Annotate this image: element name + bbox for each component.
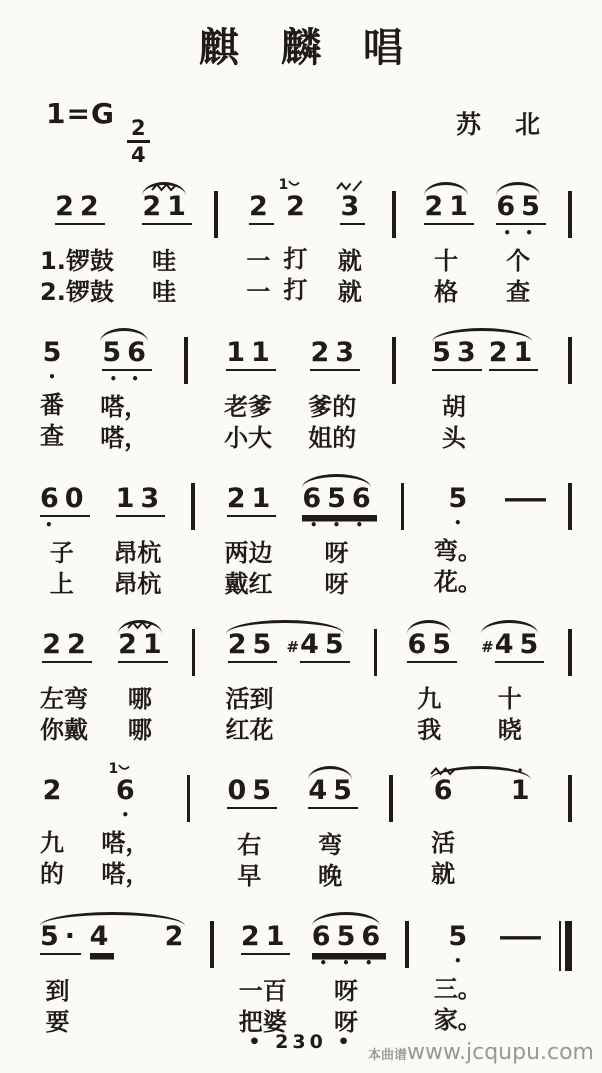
note-digits: 11 [226,338,270,371]
note-cell: 21十格 [424,171,468,308]
measure-group: #45十晓 [481,609,538,746]
note-number: 2 [286,192,311,223]
note-cell: 2一一 [246,171,270,308]
note-digits: 5 [43,338,62,369]
music-system: 221.锣鼓2.锣鼓21哇哇2一一12打打3就就21十格65••个查 [40,171,572,308]
barline [187,775,191,822]
measure-group: 53胡头21 [432,317,532,454]
note-cell: 21哇哇 [142,171,186,308]
lyric-line-2: 哇 [152,277,176,308]
music-system: 60•子上13昂杭昂杭21两边戴红656•••呀呀5•弯。花。— [40,463,572,600]
note-number: 21 [142,192,192,225]
barline [392,337,396,384]
note-number: 11 [226,338,276,371]
measure-group: 25活到红花#45 [226,609,344,746]
octave-dot-row: • [43,369,62,383]
octave-dot-row: • [40,517,84,531]
note-number: 65 [496,192,546,225]
octave-dot-row [424,225,468,239]
octave-dot-row [241,955,285,969]
barline [392,191,396,238]
barline-thin [559,921,562,971]
note-digits: 22 [55,192,99,225]
note-cell: 05右早 [227,755,271,892]
lyric-line-1: 到 [46,976,70,1007]
measure-group: 3就就 [336,171,364,308]
octave-dot-row [432,371,476,385]
note-wrap: — [507,922,534,967]
octave-dot-row [481,663,538,677]
note-wrap: 65•• [496,192,540,239]
measure-group: 6活就1• [430,755,531,890]
measure-group: 56••嗒，嗒， [100,317,148,454]
octave-dot: • [454,518,462,529]
note-cell: #45 [287,609,344,746]
octave-dot-row [227,517,271,531]
lyric-line-2: 早 [237,861,261,892]
note-cell: 65九我 [407,609,451,746]
lyric-line-2: 晚 [318,861,342,892]
note-cell: 21哪哪 [118,609,162,746]
song-title: 麒麟唱 [0,16,602,73]
lyric-line-1: 弯。 [434,536,482,567]
note-digits: 60 [40,484,84,517]
note-digits: 2 [286,192,305,223]
barline [568,337,572,384]
note-cell: 13昂杭昂杭 [113,463,161,600]
note-number: 60 [40,484,90,517]
octave-dot-row [90,955,109,969]
note-number: 05 [227,776,277,809]
barline [401,483,405,530]
note-wrap: 45 [308,776,352,823]
barline [210,921,214,968]
note-cell: 56••嗒，嗒， [100,317,148,454]
lyric-line-1: 个 [506,246,530,277]
lyric-line-1: 就 [338,246,362,277]
music-system: 5•番查56••嗒，嗒，11老爹小大23爹的姐的53胡头21 [40,317,572,454]
octave-dot-row [340,225,359,239]
octave-dot: • [503,228,511,239]
measure-group: 16•嗒，嗒， [101,755,149,890]
note-wrap: 21 [142,192,186,239]
note-wrap: 65 [407,630,451,677]
octave-dot-row [489,371,533,385]
barline [568,629,572,676]
note-cell: 221.锣鼓2.锣鼓 [40,171,114,308]
time-signature: 24 [127,117,150,166]
lyric-line-2: 查 [40,421,64,452]
note-digits: 05 [227,776,271,809]
measure-group: 45弯晚 [308,755,352,892]
octave-dot-row [310,371,354,385]
music-system: 22左弯你戴21哪哪25活到红花#4565九我#45十晓 [40,609,572,746]
note-number: 23 [310,338,360,371]
barline [389,775,393,822]
measure-group: — [507,901,534,1036]
lyric-line-1: 右 [237,830,261,861]
music-system: 5·到要4221一百把婆656•••呀呀5•三。家。— [40,901,572,1038]
measure-group: 21哇哇 [142,171,186,308]
barline [568,191,572,238]
note-wrap: 56•• [102,338,146,385]
octave-dot-row [226,371,270,385]
barline [214,191,218,238]
note-wrap: 5· [40,922,75,969]
note-number: 56 [102,338,152,371]
note-wrap: 656••• [312,922,380,969]
octave-dot: • [109,374,117,385]
measure-group: 5•三。家。 [434,901,482,1036]
note-digits: 6 [116,776,135,807]
measure-group: 05右早 [227,755,271,892]
sharp-sign: # [481,638,494,656]
lyric-line-2: 姐的 [308,423,356,454]
measure-group: 11老爹小大 [224,317,272,454]
lyric-line-2: 打 [283,275,307,306]
ornament-row [336,171,364,192]
note-wrap: 2 [43,776,62,821]
note-cell: 656•••呀呀 [302,463,370,600]
note-digits: 25 [228,630,272,663]
octave-dot-row: • [116,807,135,821]
note-number: 21 [489,338,539,371]
note-digits: 65 [496,192,540,225]
note-digits: 656 [312,922,380,955]
lyric-line-2: 格 [434,277,458,308]
note-wrap: 3 [340,192,359,239]
note-digits: 3 [340,192,359,225]
note-wrap: 1• [511,776,530,821]
time-signature-numerator: 2 [127,117,150,143]
note-cell: — [507,901,534,1036]
lyric-line-1: 活 [431,828,455,859]
lyric-line-2: 上 [50,569,74,600]
note-cell: 3就就 [336,171,364,308]
note-number: 656 [312,922,386,955]
lyric-line-2: 嗒， [100,423,148,454]
octave-dot: • [454,956,462,967]
measure-group: 5•弯。花。 [434,463,482,598]
note-digits: 5 [448,922,467,953]
lyric-line-2: 就 [431,859,455,890]
lyric-line-2: 2.锣鼓 [40,277,114,308]
music-system: 2九的16•嗒，嗒，05右早45弯晚6活就1• [40,755,572,892]
note-digits: 2 [249,192,268,225]
octave-dot-row [434,807,453,821]
note-wrap: 23 [310,338,354,385]
lyric-line-1: 十 [434,246,458,277]
note-digits: 21 [241,922,285,955]
barline [191,483,195,530]
note-cell: 5•弯。花。 [434,463,482,598]
note-number: 5 [43,338,68,369]
note-wrap: 11 [226,338,270,385]
measure-group: 656•••呀呀 [312,901,380,1038]
note-digits: 13 [116,484,160,517]
lyric-line-1: 九 [417,684,441,715]
lyric-line-2: 嗒， [101,859,149,890]
measure-group: 656•••呀呀 [302,463,370,600]
note-number: 2 [165,922,190,953]
measure-group: 13昂杭昂杭 [113,463,161,600]
measure-group: 2一一12打打 [246,171,307,308]
octave-dot-row [308,809,352,823]
lyric-line-2: 的 [40,859,64,890]
note-cell: 23爹的姐的 [308,317,356,454]
note-cell: — [512,463,539,598]
note-cell: 65••个查 [496,171,540,308]
key-meter-row: 1=G24 苏北 [46,97,602,151]
note-digits: 23 [310,338,354,371]
note-number: 45 [308,776,358,809]
measure-group: 21十格 [424,171,468,308]
note-cell: 25活到红花 [226,609,274,746]
octave-dot-row: • [448,953,467,967]
measure-group: 65九我 [407,609,451,746]
note-wrap: 22 [55,192,99,239]
lyric-line-1: 两边 [225,538,273,569]
note-digits: 21 [424,192,468,225]
octave-dot-row [40,955,75,969]
note-wrap: 6 [434,776,453,821]
grace-tie-icon [288,179,300,188]
octave-dot-row: ••• [312,955,380,969]
note-digits: 22 [42,630,86,663]
note-number: 5 [448,922,473,953]
measure-group: 221.锣鼓2.锣鼓 [40,171,114,308]
note-number: 6 [434,776,459,807]
measure-group: 21两边戴红 [225,463,273,600]
lyric-line-2: 就 [338,277,362,308]
lyric-line-1: 爹的 [308,392,356,423]
note-cell: 2九的 [40,755,64,890]
note-number: 13 [116,484,166,517]
note-digits: 21 [118,630,162,663]
note-wrap: 6• [116,776,135,821]
lyric-line-1: 活到 [226,684,274,715]
octave-dot-row: • [448,515,467,529]
note-wrap: — [512,484,539,529]
lyric-line-1: 三。 [434,974,482,1005]
measure-group: 5·到要42 [40,901,185,1038]
lyric-line-2: 花。 [434,567,482,598]
note-wrap: 2 [286,192,305,237]
note-cell: #45十晓 [481,609,538,746]
octave-dot: • [342,958,350,969]
note-cell: 21两边戴红 [225,463,273,600]
note-number: 3 [340,192,365,225]
lyric-line-1: 左弯 [40,684,88,715]
octave-dot: • [131,374,139,385]
note-wrap: 22 [42,630,86,677]
lyric-line-2: 你戴 [40,715,88,746]
octave-dot-row [227,809,271,823]
lyric-line-2: 我 [417,715,441,746]
ornament-row: 1 [114,755,136,776]
lyric-line-1: 十 [498,684,522,715]
note-number: 22 [55,192,105,225]
note-wrap: 53 [432,338,476,385]
measure-group: 23爹的姐的 [308,317,356,454]
octave-dot-row [165,953,184,967]
score: 221.锣鼓2.锣鼓21哇哇2一一12打打3就就21十格65••个查5•番查56… [40,171,572,1038]
lyric-line-2: 小大 [224,423,272,454]
lyric-line-2: 红花 [226,715,274,746]
note-cell: 2 [163,901,185,1038]
lyric-line-2: 一 [246,277,270,308]
octave-dot-row [407,663,451,677]
grace-tie-icon [118,763,130,772]
measure-group: 5•番查 [40,317,64,452]
measure-group: 60•子上 [40,463,84,600]
note-wrap: 21 [227,484,271,531]
note-wrap: 21 [489,338,533,385]
octave-dot: • [365,958,373,969]
note-wrap: 5• [43,338,62,383]
barline [405,921,409,968]
note-number: 45 [495,630,545,663]
note-digits: 1• [511,776,530,807]
lyric-line-1: 嗒， [100,392,148,423]
octave-dot: • [310,520,318,531]
note-wrap: 25 [228,630,272,677]
octave-dot: • [45,520,53,531]
note-digits: 5 [448,484,467,515]
measure-group: 65••个查 [496,171,540,308]
note-wrap: 21 [241,922,285,969]
measure-group: 21一百把婆 [239,901,287,1038]
measure-group: — [512,463,539,598]
octave-dot-row: ••• [302,517,370,531]
note-wrap: 656••• [302,484,370,531]
lyric-line-2: 晓 [498,715,522,746]
note-cell: 53胡头 [432,317,476,454]
barline [568,483,572,530]
note-cell: 656•••呀呀 [312,901,380,1038]
high-octave-dot: • [517,767,524,776]
note-digits: — [512,484,539,515]
watermark: 本曲谱www.jcqupu.com [368,1040,594,1065]
octave-dot: • [355,520,363,531]
octave-dot-row: •• [496,225,540,239]
note-digits: 4 [90,922,109,955]
measure-group: 21哪哪 [118,609,162,746]
lyric-line-1: 呀 [334,976,358,1007]
octave-dot: • [319,958,327,969]
lyric-line-1: 老爹 [224,392,272,423]
note-number: 4 [90,922,115,955]
note-cell: 4 [88,901,110,1038]
note-cell: 5·到要 [40,901,75,1038]
note-cell: 21 [489,317,533,454]
lyric-line-1: 一百 [239,976,287,1007]
note-digits: 2 [43,776,62,807]
watermark-prefix: 本曲谱 [368,1048,407,1063]
octave-dot-row [512,515,539,529]
note-wrap: 05 [227,776,271,823]
measure-group: 22左弯你戴 [40,609,88,746]
lyric-line-1: 九 [40,828,64,859]
note-cell: 6活就 [430,755,456,890]
note-wrap: 4 [90,922,109,969]
note-digits: #45 [481,630,538,663]
note-wrap: 2 [249,192,268,239]
watermark-url: www.jcqupu.com [407,1040,594,1065]
note-number: 22 [42,630,92,663]
note-digits: 21 [489,338,533,371]
note-number: 25 [228,630,278,663]
lyric-line-1: 胡 [442,392,466,423]
note-number: 21 [424,192,474,225]
barline-thick [565,921,572,971]
lyric-line-1: 1.锣鼓 [40,246,114,277]
note-cell: 5•三。家。 [434,901,482,1036]
lyric-line-1: 一 [246,246,270,277]
note-cell: 5•番查 [40,317,64,452]
note-digits: #45 [287,630,344,663]
note-cell: 22左弯你戴 [40,609,88,746]
octave-dot-row [55,225,99,239]
time-signature-denominator: 4 [131,143,146,166]
octave-dot: • [121,810,129,821]
note-digits: 65 [407,630,451,663]
octave-dot: • [333,520,341,531]
note-digits: 6 [434,776,453,807]
lyric-line-1: 哪 [128,684,152,715]
note-digits: 656 [302,484,370,517]
final-barline [559,921,572,971]
lyric-line-2: 哪 [128,715,152,746]
lyric-line-1: 呀 [325,538,349,569]
barline [184,337,188,384]
ornament-row: 1 [284,171,306,192]
note-wrap: #45 [287,630,344,677]
note-wrap: #45 [481,630,538,677]
lyric-line-1: 哇 [152,246,176,277]
lyric-line-1: 昂杭 [113,538,161,569]
note-digits: 21 [227,484,271,517]
note-wrap: 13 [116,484,160,531]
lyric-line-1: 打 [283,244,307,275]
sharp-sign: # [287,638,300,656]
lyric-line-2: 呀 [325,569,349,600]
note-number: 2 [249,192,274,225]
note-number: 53 [432,338,482,371]
lyric-line-2: 昂杭 [113,569,161,600]
octave-dot-row [116,517,160,531]
note-number: 21 [118,630,168,663]
note-wrap: 21 [118,630,162,677]
lyric-line-2: 查 [506,277,530,308]
note-number: 6 [116,776,141,807]
lyric-line-2: 头 [442,423,466,454]
key-signature: 1=G [46,97,115,130]
note-wrap: 60• [40,484,84,531]
octave-dot: • [48,372,56,383]
sheet-music-page: 麒麟唱 1=G24 苏北 221.锣鼓2.锣鼓21哇哇2一一12打打3就就21十… [0,0,602,1073]
note-number: 45 [300,630,350,663]
note-cell: 12打打 [283,171,307,308]
note-wrap: 5• [448,922,467,967]
note-digits: 21 [142,192,186,225]
note-cell: 45弯晚 [308,755,352,892]
note-cell: 1• [509,755,531,890]
note-number: — [497,922,543,953]
note-digits: 45 [308,776,352,809]
note-wrap: 21 [424,192,468,239]
note-cell: 16•嗒，嗒， [101,755,149,890]
